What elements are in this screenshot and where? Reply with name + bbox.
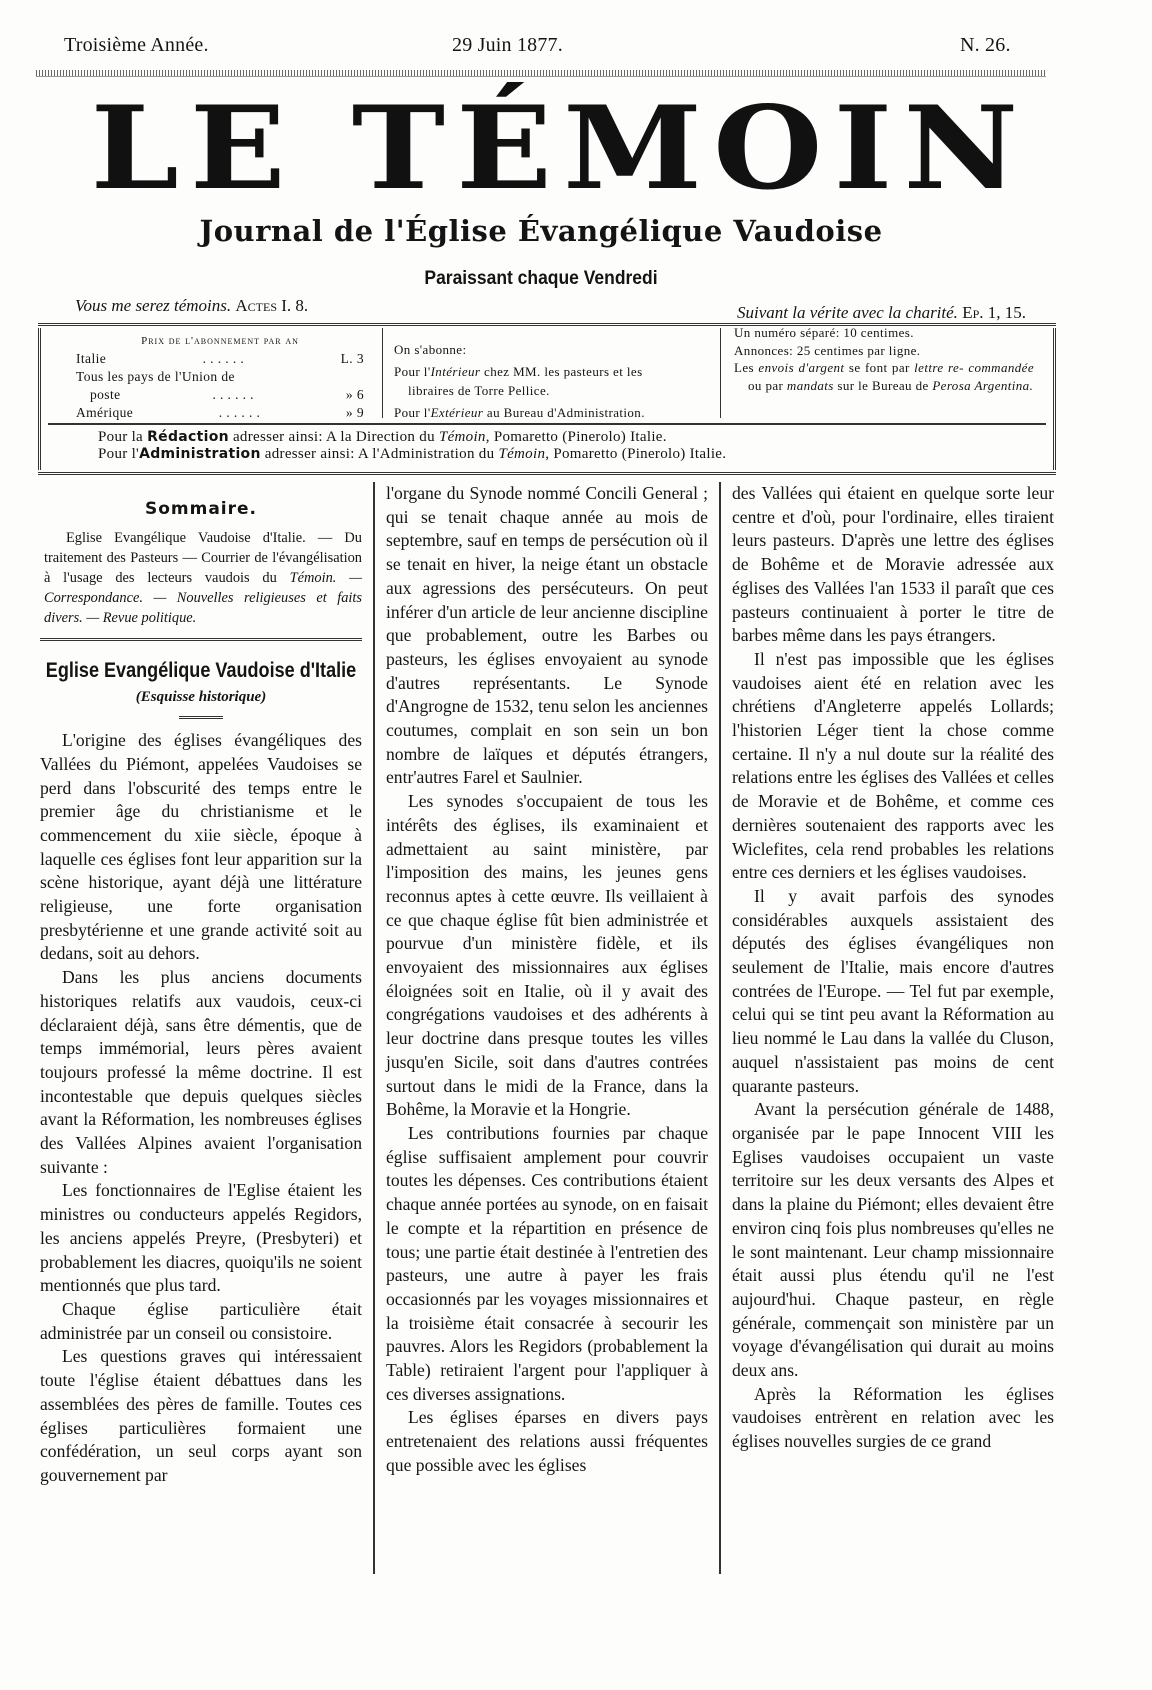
column-3: des Vallées qui étaient en quelque sorte… — [732, 482, 1054, 1454]
top-line: Troisième Année. 29 Juin 1877. N. 26. — [36, 8, 1064, 68]
paragraph: Avant la persécution générale de 1488, o… — [732, 1098, 1054, 1382]
column-2: l'organe du Synode nommé Concili General… — [386, 482, 708, 1478]
wavy-rule — [36, 70, 1046, 77]
subscription-box: Prix de l'abonnement par an Italie. . . … — [38, 323, 1056, 475]
pricing-notes: Un numéro séparé: 10 centimes. Annonces:… — [734, 324, 1034, 394]
article-columns: Sommaire. Eglise Evangélique Vaudoise d'… — [36, 482, 1056, 1682]
paragraph: Il y avait parfois des synodes considéra… — [732, 885, 1054, 1098]
interieur-line: Pour l'Intérieur chez MM. les pasteurs e… — [394, 362, 712, 400]
motto-right: Suivant la vérite avec la charité. Ep. 1… — [737, 303, 1026, 323]
motto-right-quote: Suivant la vérite avec la charité. — [737, 303, 958, 322]
redaction-address: Pour la Rédaction adresser ainsi: A la D… — [98, 429, 998, 446]
paragraph: Les questions graves qui intéressaient t… — [40, 1345, 362, 1487]
paragraph: Il n'est pas impossible que les églises … — [732, 648, 1054, 885]
motto-right-ref: Ep. 1, 15. — [962, 303, 1026, 322]
subscription-info: On s'abonne: Pour l'Intérieur chez MM. l… — [394, 340, 712, 422]
price-row: Italie. . . . . .L. 3 — [76, 350, 364, 368]
paragraph: Les synodes s'occupaient de tous les int… — [386, 790, 708, 1122]
motto-left-ref: Actes I. 8. — [235, 296, 308, 315]
paragraph: l'organe du Synode nommé Concili General… — [386, 482, 708, 790]
price-row: poste. . . . . .» 6 — [76, 386, 364, 404]
exterieur-line: Pour l'Extérieur au Bureau d'Administrat… — [394, 403, 712, 422]
frequency-line: Paraissant chaque Vendredi — [76, 268, 1005, 290]
on-sabonne: On s'abonne: — [394, 340, 712, 359]
paragraph: Après la Réformation les églises vaudois… — [732, 1383, 1054, 1454]
paragraph: L'origine des églises évangéliques des V… — [40, 729, 362, 966]
article-title: Eglise Evangélique Vaudoise d'Italie — [45, 659, 356, 683]
column-1: Sommaire. Eglise Evangélique Vaudoise d'… — [40, 482, 362, 1488]
price-row: Amérique. . . . . .» 9 — [76, 404, 364, 422]
motto-left: Vous me serez témoins. Actes I. 8. — [75, 296, 308, 316]
price-heading: Prix de l'abonnement par an — [76, 332, 364, 350]
issue-date: 29 Juin 1877. — [452, 34, 563, 57]
address-lines: Pour la Rédaction adresser ainsi: A la D… — [98, 429, 998, 463]
masthead-subtitle: Journal de l'Église Évangélique Vaudoise — [36, 214, 1046, 248]
issue-number: N. 26. — [960, 34, 1011, 57]
paragraph: Dans les plus anciens documents historiq… — [40, 966, 362, 1179]
motto-left-quote: Vous me serez témoins. — [75, 296, 231, 315]
sommaire-body: Eglise Evangélique Vaudoise d'Italie. — … — [40, 528, 362, 628]
year-label: Troisième Année. — [64, 34, 209, 57]
numero-price: Un numéro séparé: 10 centimes. — [734, 324, 1034, 342]
administration-address: Pour l'Administration adresser ainsi: A … — [98, 446, 998, 463]
paragraph: Les fonctionnaires de l'Eglise étaient l… — [40, 1179, 362, 1298]
article-subtitle: (Esquisse historique) — [40, 686, 362, 710]
price-row: Tous les pays de l'Union de — [76, 368, 364, 386]
masthead-title: LE TÉMOIN — [0, 92, 1120, 206]
sommaire-title: Sommaire. — [40, 498, 362, 522]
price-list: Prix de l'abonnement par an Italie. . . … — [76, 332, 364, 422]
envois-note: Les envois d'argent se font par lettre r… — [734, 359, 1034, 394]
paragraph: Les contributions fournies par chaque ég… — [386, 1122, 708, 1406]
paragraph: des Vallées qui étaient en quelque sorte… — [732, 482, 1054, 648]
paragraph: Les églises éparses en divers pays entre… — [386, 1406, 708, 1477]
annonces-price: Annonces: 25 centimes par ligne. — [734, 342, 1034, 360]
paragraph: Chaque église particulière était adminis… — [40, 1298, 362, 1345]
